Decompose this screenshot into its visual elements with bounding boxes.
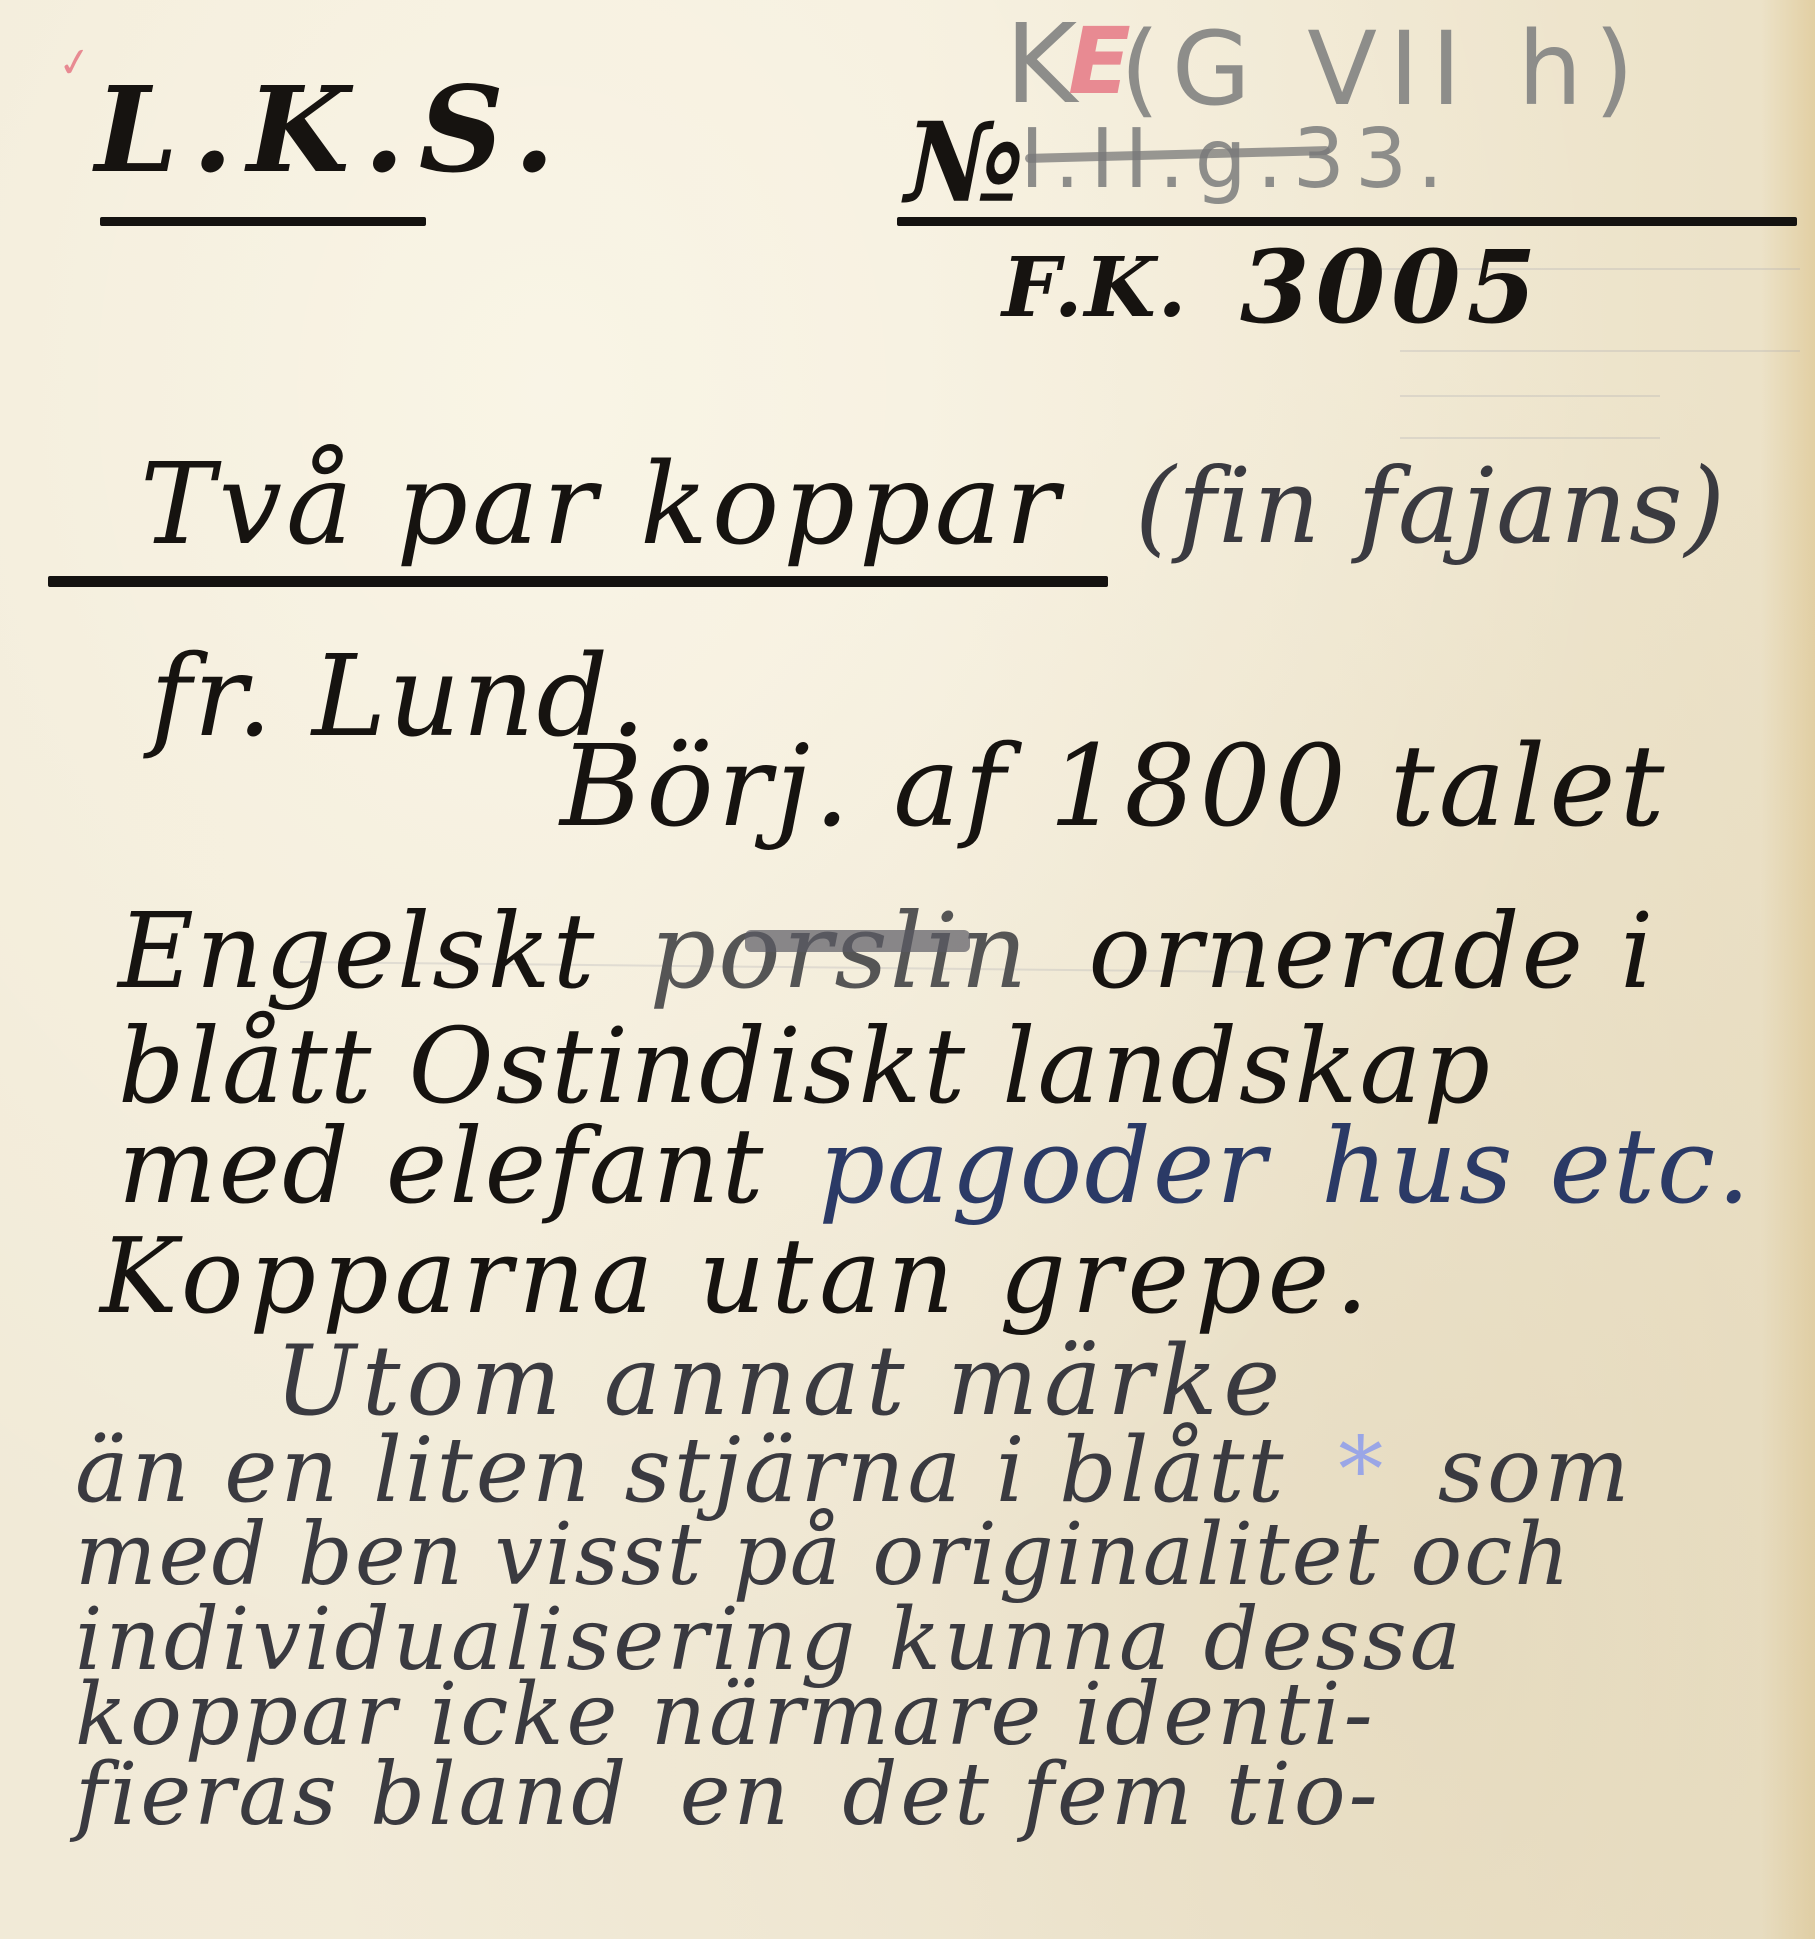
catalogue-number: 3005 bbox=[1240, 228, 1542, 346]
number-underline bbox=[897, 217, 1797, 226]
description-text: med elefant bbox=[118, 1105, 765, 1227]
description-text: hus etc. bbox=[1321, 1105, 1752, 1227]
society-mark: L.K.S. bbox=[95, 60, 569, 199]
description-text: ornerade i bbox=[1088, 890, 1655, 1012]
description-text: Engelskt bbox=[118, 890, 596, 1012]
number-label: № bbox=[905, 98, 1027, 227]
struck-word: en bbox=[680, 1745, 792, 1845]
title-underline bbox=[48, 576, 1108, 587]
description-line: med elefant pagoder hus etc. bbox=[118, 1105, 1752, 1227]
red-check-mark: ✓ bbox=[55, 38, 97, 88]
note-text: fieras bland bbox=[75, 1745, 629, 1845]
catalogue-number-prefix: F.K. bbox=[1002, 240, 1188, 336]
note-line: fieras bland en det fem tio- bbox=[75, 1745, 1381, 1845]
strikethrough bbox=[745, 930, 970, 952]
item-title-parenthetical: (fin fajans) bbox=[1135, 445, 1727, 567]
item-title: Två par koppar bbox=[140, 440, 1063, 570]
corrected-word: pagoder bbox=[818, 1105, 1268, 1227]
ruled-line bbox=[1400, 437, 1660, 439]
society-mark-underline bbox=[100, 217, 426, 226]
ruled-line bbox=[1400, 395, 1660, 397]
note-text: det fem tio- bbox=[842, 1745, 1380, 1845]
ruled-line bbox=[1400, 350, 1800, 352]
dating: Börj. af 1800 talet bbox=[560, 722, 1669, 852]
description-line: Kopparna utan grepe. bbox=[100, 1215, 1374, 1337]
document-page: ✓ L.K.S. K E (G VII h) № I.II.g.33. F.K.… bbox=[0, 0, 1815, 1939]
